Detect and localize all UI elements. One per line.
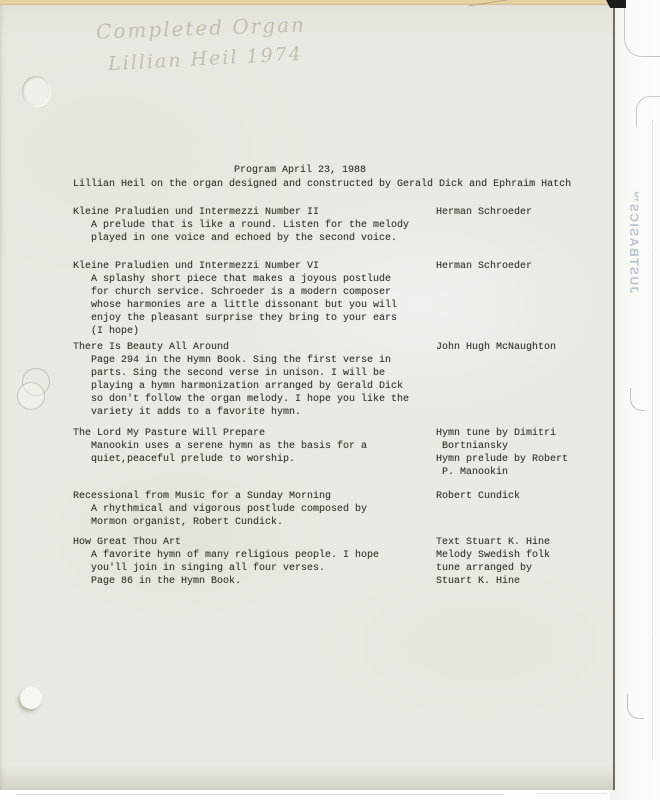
scan-edge-line	[16, 794, 504, 795]
hole-punch	[17, 382, 45, 410]
scanned-page: Completed Organ Lillian Heil 1974 Progra…	[0, 4, 615, 790]
piece-description: A prelude that is like a round. Listen f…	[91, 219, 409, 245]
page-bottom-shadow	[0, 766, 613, 790]
handwritten-note-line1: Completed Organ	[96, 12, 307, 43]
piece-credit: Text Stuart K. Hine Melody Swedish folk …	[436, 536, 550, 588]
piece-description: A splashy short piece that makes a joyou…	[91, 273, 397, 338]
justbasics-watermark: JUSTBASICS™	[625, 186, 641, 296]
tab-cut-edge	[624, 2, 660, 57]
handwritten-note-line2: Lillian Heil 1974	[108, 43, 304, 75]
piece-description: A favorite hymn of many religious people…	[91, 549, 379, 588]
piece-description: A rhythmical and vigorous postlude compo…	[91, 503, 367, 529]
piece-credit: Herman Schroeder	[436, 260, 532, 273]
sheet-edge-line	[652, 120, 653, 760]
piece-title: How Great Thou Art	[73, 536, 181, 549]
binder-notch	[630, 388, 645, 411]
hole-punch	[22, 76, 50, 106]
under-sheet: JUSTBASICS™	[610, 0, 660, 800]
piece-title: Kleine Praludien und Intermezzi Number V…	[73, 260, 319, 273]
piece-credit: Robert Cundick	[436, 490, 520, 503]
tab-cut-edge	[636, 96, 660, 127]
document-title: Program April 23, 1988	[234, 164, 366, 177]
scan-edge-line	[536, 793, 606, 794]
hole-punch	[20, 687, 42, 709]
piece-credit: Herman Schroeder	[436, 206, 532, 219]
piece-title: The Lord My Pasture Will Prepare	[73, 427, 265, 440]
piece-title: Kleine Praludien und Intermezzi Number I…	[73, 206, 319, 219]
folder-edge-strip	[0, 0, 619, 5]
piece-credit: John Hugh McNaughton	[436, 341, 556, 354]
piece-title: There Is Beauty All Around	[73, 341, 229, 354]
piece-description: Manookin uses a serene hymn as the basis…	[91, 440, 367, 466]
document-subtitle: Lillian Heil on the organ designed and c…	[73, 178, 571, 191]
binder-notch	[627, 694, 644, 719]
piece-title: Recessional from Music for a Sunday Morn…	[73, 490, 331, 503]
piece-credit: Hymn tune by Dimitri Bortniansky Hymn pr…	[436, 427, 568, 479]
piece-description: Page 294 in the Hymn Book. Sing the firs…	[91, 354, 409, 419]
